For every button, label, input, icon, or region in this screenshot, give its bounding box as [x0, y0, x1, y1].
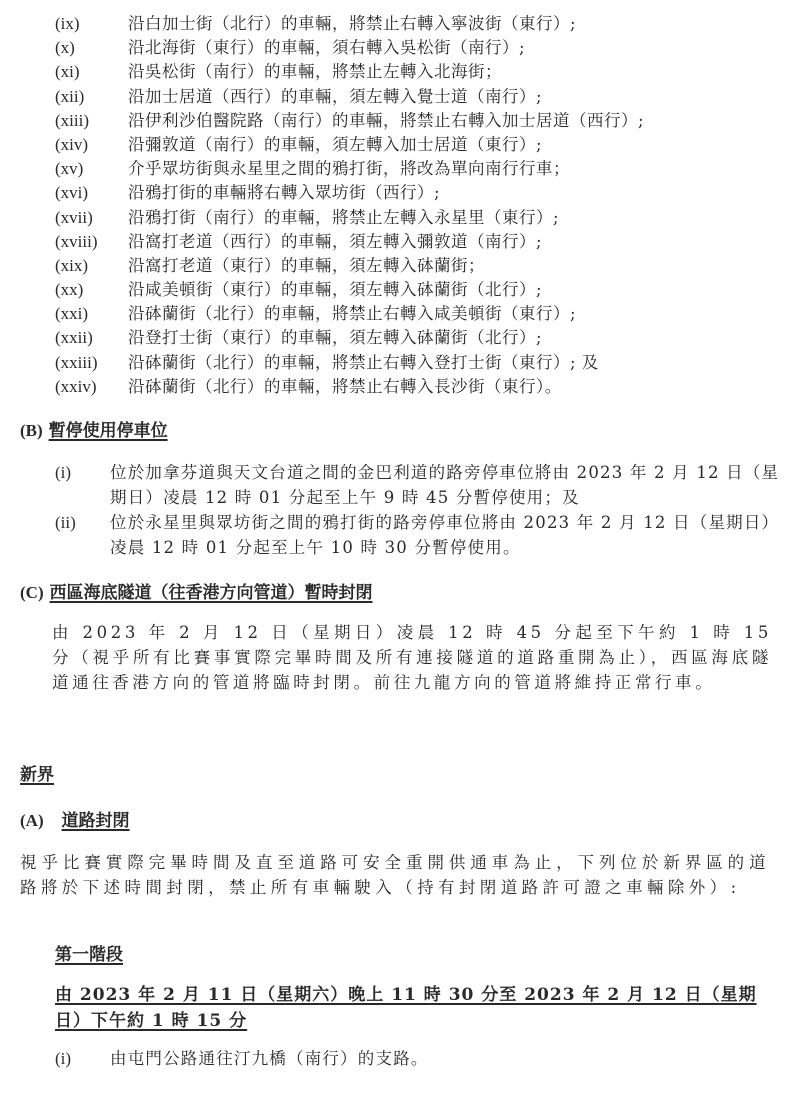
item-number: (xxii) — [55, 326, 128, 350]
section-c-heading: (C) 西區海底隧道（往香港方向管道）暫時封閉 — [20, 578, 373, 603]
section-label: (A) — [20, 811, 44, 830]
item-text: 位於加拿芬道與天文台道之間的金巴利道的路旁停車位將由 2023 年 2 月 12… — [110, 460, 785, 510]
item-text: 沿鴉打街的車輛將右轉入眾坊街（西行）; — [128, 181, 440, 205]
item-number: (x) — [55, 36, 128, 60]
section-c-body: 由 2023 年 2 月 12 日（星期日）凌晨 12 時 45 分起至下午約 … — [52, 620, 772, 695]
section-b-heading: (B) 暫停使用停車位 — [20, 416, 168, 441]
item-number: (ii) — [55, 510, 110, 560]
traffic-turn-list: (ix)沿白加士街（北行）的車輛，將禁止右轉入寧波街（東行）; (x)沿北海街（… — [55, 12, 795, 399]
item-number: (ix) — [55, 12, 128, 36]
list-item: (xxiii)沿砵蘭街（北行）的車輛，將禁止右轉入登打士街（東行）; 及 — [55, 351, 795, 375]
item-number: (xix) — [55, 254, 128, 278]
phase-one-road-list: (i) 由屯門公路通往汀九橋（南行）的支路。 — [55, 1046, 785, 1071]
list-item: (xi)沿吳松街（南行）的車輛，將禁止左轉入北海街； — [55, 60, 795, 84]
item-text: 沿窩打老道（西行）的車輛，須左轉入彌敦道（南行）; — [128, 230, 542, 254]
list-item: (x)沿北海街（東行）的車輛，須右轉入吳松街（南行）; — [55, 36, 795, 60]
item-text: 沿砵蘭街（北行）的車輛，將禁止右轉入咸美頓街（東行）; — [128, 302, 576, 326]
item-text: 沿伊利沙伯醫院路（南行）的車輛，將禁止右轉入加士居道（西行）; — [128, 109, 644, 133]
item-number: (xx) — [55, 278, 128, 302]
item-text: 沿咸美頓街（東行）的車輛，須左轉入砵蘭街（北行）; — [128, 278, 542, 302]
item-text: 由屯門公路通往汀九橋（南行）的支路。 — [110, 1046, 785, 1071]
item-number: (xxiv) — [55, 375, 128, 399]
nt-section-a-body: 視乎比賽實際完畢時間及直至道路可安全重開供通車為止，下列位於新界區的道路將於下述… — [20, 850, 770, 900]
item-text: 沿白加士街（北行）的車輛，將禁止右轉入寧波街（東行）; — [128, 12, 576, 36]
list-item: (xx)沿咸美頓街（東行）的車輛，須左轉入砵蘭街（北行）; — [55, 278, 795, 302]
list-item: (xii)沿加士居道（西行）的車輛，須左轉入覺士道（南行）; — [55, 85, 795, 109]
list-item: (xvi)沿鴉打街的車輛將右轉入眾坊街（西行）; — [55, 181, 795, 205]
item-text: 位於永星里與眾坊街之間的鴉打街的路旁停車位將由 2023 年 2 月 12 日（… — [110, 510, 785, 560]
item-number: (xxi) — [55, 302, 128, 326]
phase-period: 由 2023 年 2 月 11 日（星期六）晚上 11 時 30 分至 2023… — [55, 982, 770, 1034]
list-item: (xviii)沿窩打老道（西行）的車輛，須左轉入彌敦道（南行）; — [55, 230, 795, 254]
item-text: 沿砵蘭街（北行）的車輛，將禁止右轉入長沙街（東行）。 — [128, 375, 562, 399]
item-text: 沿吳松街（南行）的車輛，將禁止左轉入北海街； — [128, 60, 502, 84]
list-item: (xix)沿窩打老道（東行）的車輛，須左轉入砵蘭街； — [55, 254, 795, 278]
section-label: (C) — [20, 583, 44, 602]
item-number: (xiii) — [55, 109, 128, 133]
item-number: (xii) — [55, 85, 128, 109]
item-number: (xiv) — [55, 133, 128, 157]
item-number: (xvii) — [55, 206, 128, 230]
item-number: (i) — [55, 460, 110, 510]
item-text: 介乎眾坊街與永星里之間的鴉打街，將改為單向南行行車； — [128, 157, 570, 181]
section-title: 西區海底隧道（往香港方向管道）暫時封閉 — [50, 583, 373, 603]
list-item: (xiv)沿彌敦道（南行）的車輛，須左轉入加士居道（東行）; — [55, 133, 795, 157]
list-item: (xiii)沿伊利沙伯醫院路（南行）的車輛，將禁止右轉入加士居道（西行）; — [55, 109, 795, 133]
list-item: (i) 位於加拿芬道與天文台道之間的金巴利道的路旁停車位將由 2023 年 2 … — [55, 460, 785, 510]
list-item: (xxii)沿登打士街（東行）的車輛，須左轉入砵蘭街（北行）; — [55, 326, 795, 350]
list-item: (xv)介乎眾坊街與永星里之間的鴉打街，將改為單向南行行車； — [55, 157, 795, 181]
item-text: 沿北海街（東行）的車輛，須右轉入吳松街（南行）; — [128, 36, 525, 60]
nt-section-a-heading: (A) 道路封閉 — [20, 806, 130, 831]
list-item: (ix)沿白加士街（北行）的車輛，將禁止右轉入寧波街（東行）; — [55, 12, 795, 36]
phase-title: 第一階段 — [55, 945, 123, 965]
document-page: (ix)沿白加士街（北行）的車輛，將禁止右轉入寧波街（東行）; (x)沿北海街（… — [0, 0, 800, 1104]
item-number: (xv) — [55, 157, 128, 181]
list-item: (xxi)沿砵蘭街（北行）的車輛，將禁止右轉入咸美頓街（東行）; — [55, 302, 795, 326]
phase-heading: 第一階段 — [55, 940, 123, 965]
section-title: 暫停使用停車位 — [49, 421, 168, 441]
list-item: (xxiv)沿砵蘭街（北行）的車輛，將禁止右轉入長沙街（東行）。 — [55, 375, 795, 399]
section-title: 道路封閉 — [62, 811, 130, 831]
item-text: 沿登打士街（東行）的車輛，須左轉入砵蘭街（北行）; — [128, 326, 542, 350]
item-number: (xi) — [55, 60, 128, 84]
item-text: 沿鴉打街（南行）的車輛，將禁止左轉入永星里（東行）; — [128, 206, 559, 230]
parking-suspension-list: (i) 位於加拿芬道與天文台道之間的金巴利道的路旁停車位將由 2023 年 2 … — [55, 460, 785, 560]
item-number: (i) — [55, 1046, 110, 1071]
region-heading: 新界 — [20, 760, 54, 785]
list-item: (ii) 位於永星里與眾坊街之間的鴉打街的路旁停車位將由 2023 年 2 月 … — [55, 510, 785, 560]
item-number: (xxiii) — [55, 351, 128, 375]
list-item: (xvii)沿鴉打街（南行）的車輛，將禁止左轉入永星里（東行）; — [55, 206, 795, 230]
item-number: (xviii) — [55, 230, 128, 254]
item-text: 沿彌敦道（南行）的車輛，須左轉入加士居道（東行）; — [128, 133, 542, 157]
list-item: (i) 由屯門公路通往汀九橋（南行）的支路。 — [55, 1046, 785, 1071]
item-text: 沿窩打老道（東行）的車輛，須左轉入砵蘭街； — [128, 254, 485, 278]
region-title: 新界 — [20, 765, 54, 785]
item-text: 沿砵蘭街（北行）的車輛，將禁止右轉入登打士街（東行）; 及 — [128, 351, 599, 375]
item-text: 沿加士居道（西行）的車輛，須左轉入覺士道（南行）; — [128, 85, 542, 109]
section-label: (B) — [20, 421, 43, 440]
item-number: (xvi) — [55, 181, 128, 205]
